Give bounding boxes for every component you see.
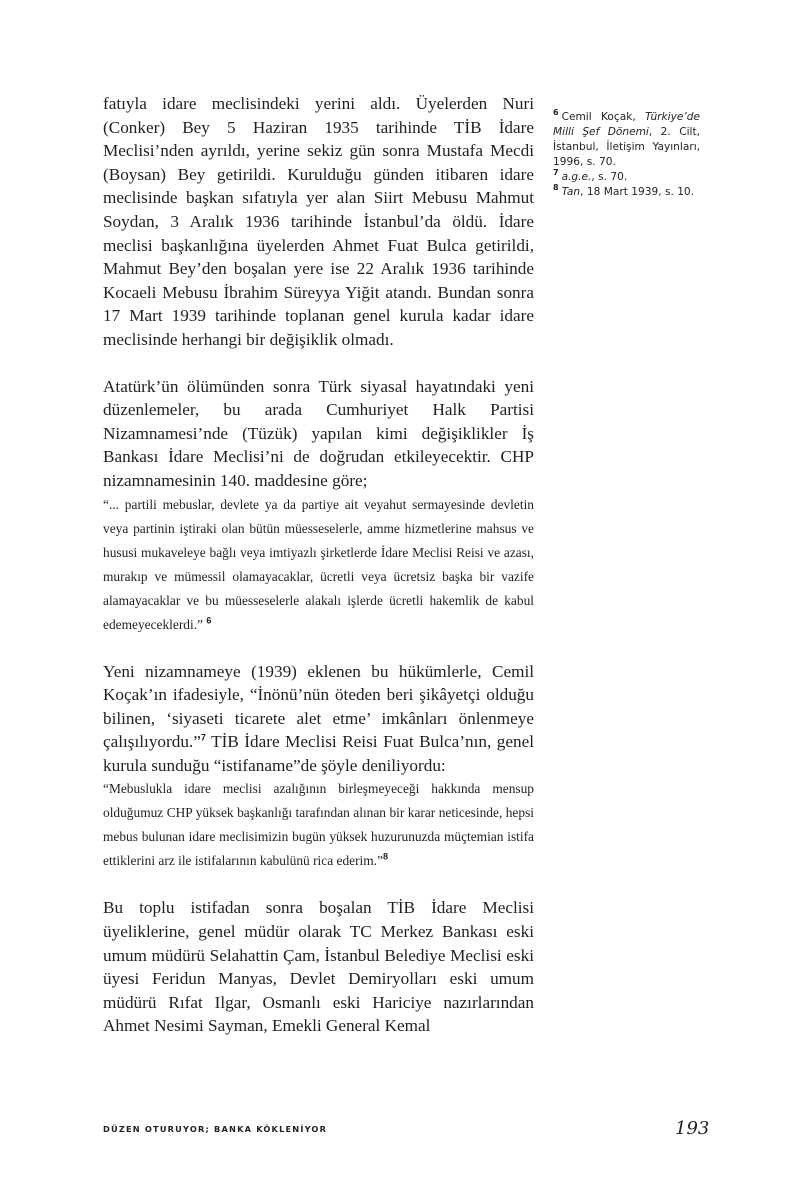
sidenote-title: Tan xyxy=(562,186,581,198)
paragraph-1: fatıyla idare meclisindeki yerini aldı. … xyxy=(103,92,534,352)
paragraph-gap xyxy=(103,352,534,375)
running-footer-title: DÜZEN OTURUYOR; BANKA KÖKLENİYOR xyxy=(103,1124,327,1134)
paragraph-2: Atatürk’ün ölümünden sonra Türk siyasal … xyxy=(103,375,534,493)
sidenote-number: 7 xyxy=(553,168,559,177)
sidenote-7: 7a.g.e., s. 70. xyxy=(553,170,700,185)
paragraph-gap xyxy=(103,873,534,896)
footnote-ref-8[interactable]: 8 xyxy=(383,852,388,862)
sidenote-8: 8Tan, 18 Mart 1939, s. 10. xyxy=(553,185,700,200)
footnote-ref-6[interactable]: 6 xyxy=(206,615,211,625)
sidenote-number: 8 xyxy=(553,183,559,192)
paragraph-gap xyxy=(103,637,534,660)
sidenote-number: 6 xyxy=(553,108,559,117)
paragraph-4: Bu toplu istifadan sonra boşalan TİB İda… xyxy=(103,896,534,1038)
paragraph-3: Yeni nizamnameye (1939) eklenen bu hüküm… xyxy=(103,660,534,778)
sidenotes-column: 6Cemil Koçak, Türkiye’de Milli Şef Dönem… xyxy=(553,110,700,200)
sidenote-text: , 18 Mart 1939, s. 10. xyxy=(580,186,694,198)
main-text-column: fatıyla idare meclisindeki yerini aldı. … xyxy=(103,92,534,1038)
block-quote-2-text: “Mebuslukla idare meclisi azalığının bir… xyxy=(103,781,534,868)
sidenote-6: 6Cemil Koçak, Türkiye’de Milli Şef Dönem… xyxy=(553,110,700,170)
sidenote-text: Cemil Koçak, xyxy=(562,111,645,123)
block-quote-1-text: “... partili mebuslar, devlete ya da par… xyxy=(103,497,534,632)
block-quote-1: “... partili mebuslar, devlete ya da par… xyxy=(103,493,534,637)
sidenote-text: , s. 70. xyxy=(591,171,627,183)
sidenote-title: a.g.e. xyxy=(562,171,592,183)
page-number: 193 xyxy=(675,1118,709,1139)
block-quote-2: “Mebuslukla idare meclisi azalığının bir… xyxy=(103,777,534,873)
